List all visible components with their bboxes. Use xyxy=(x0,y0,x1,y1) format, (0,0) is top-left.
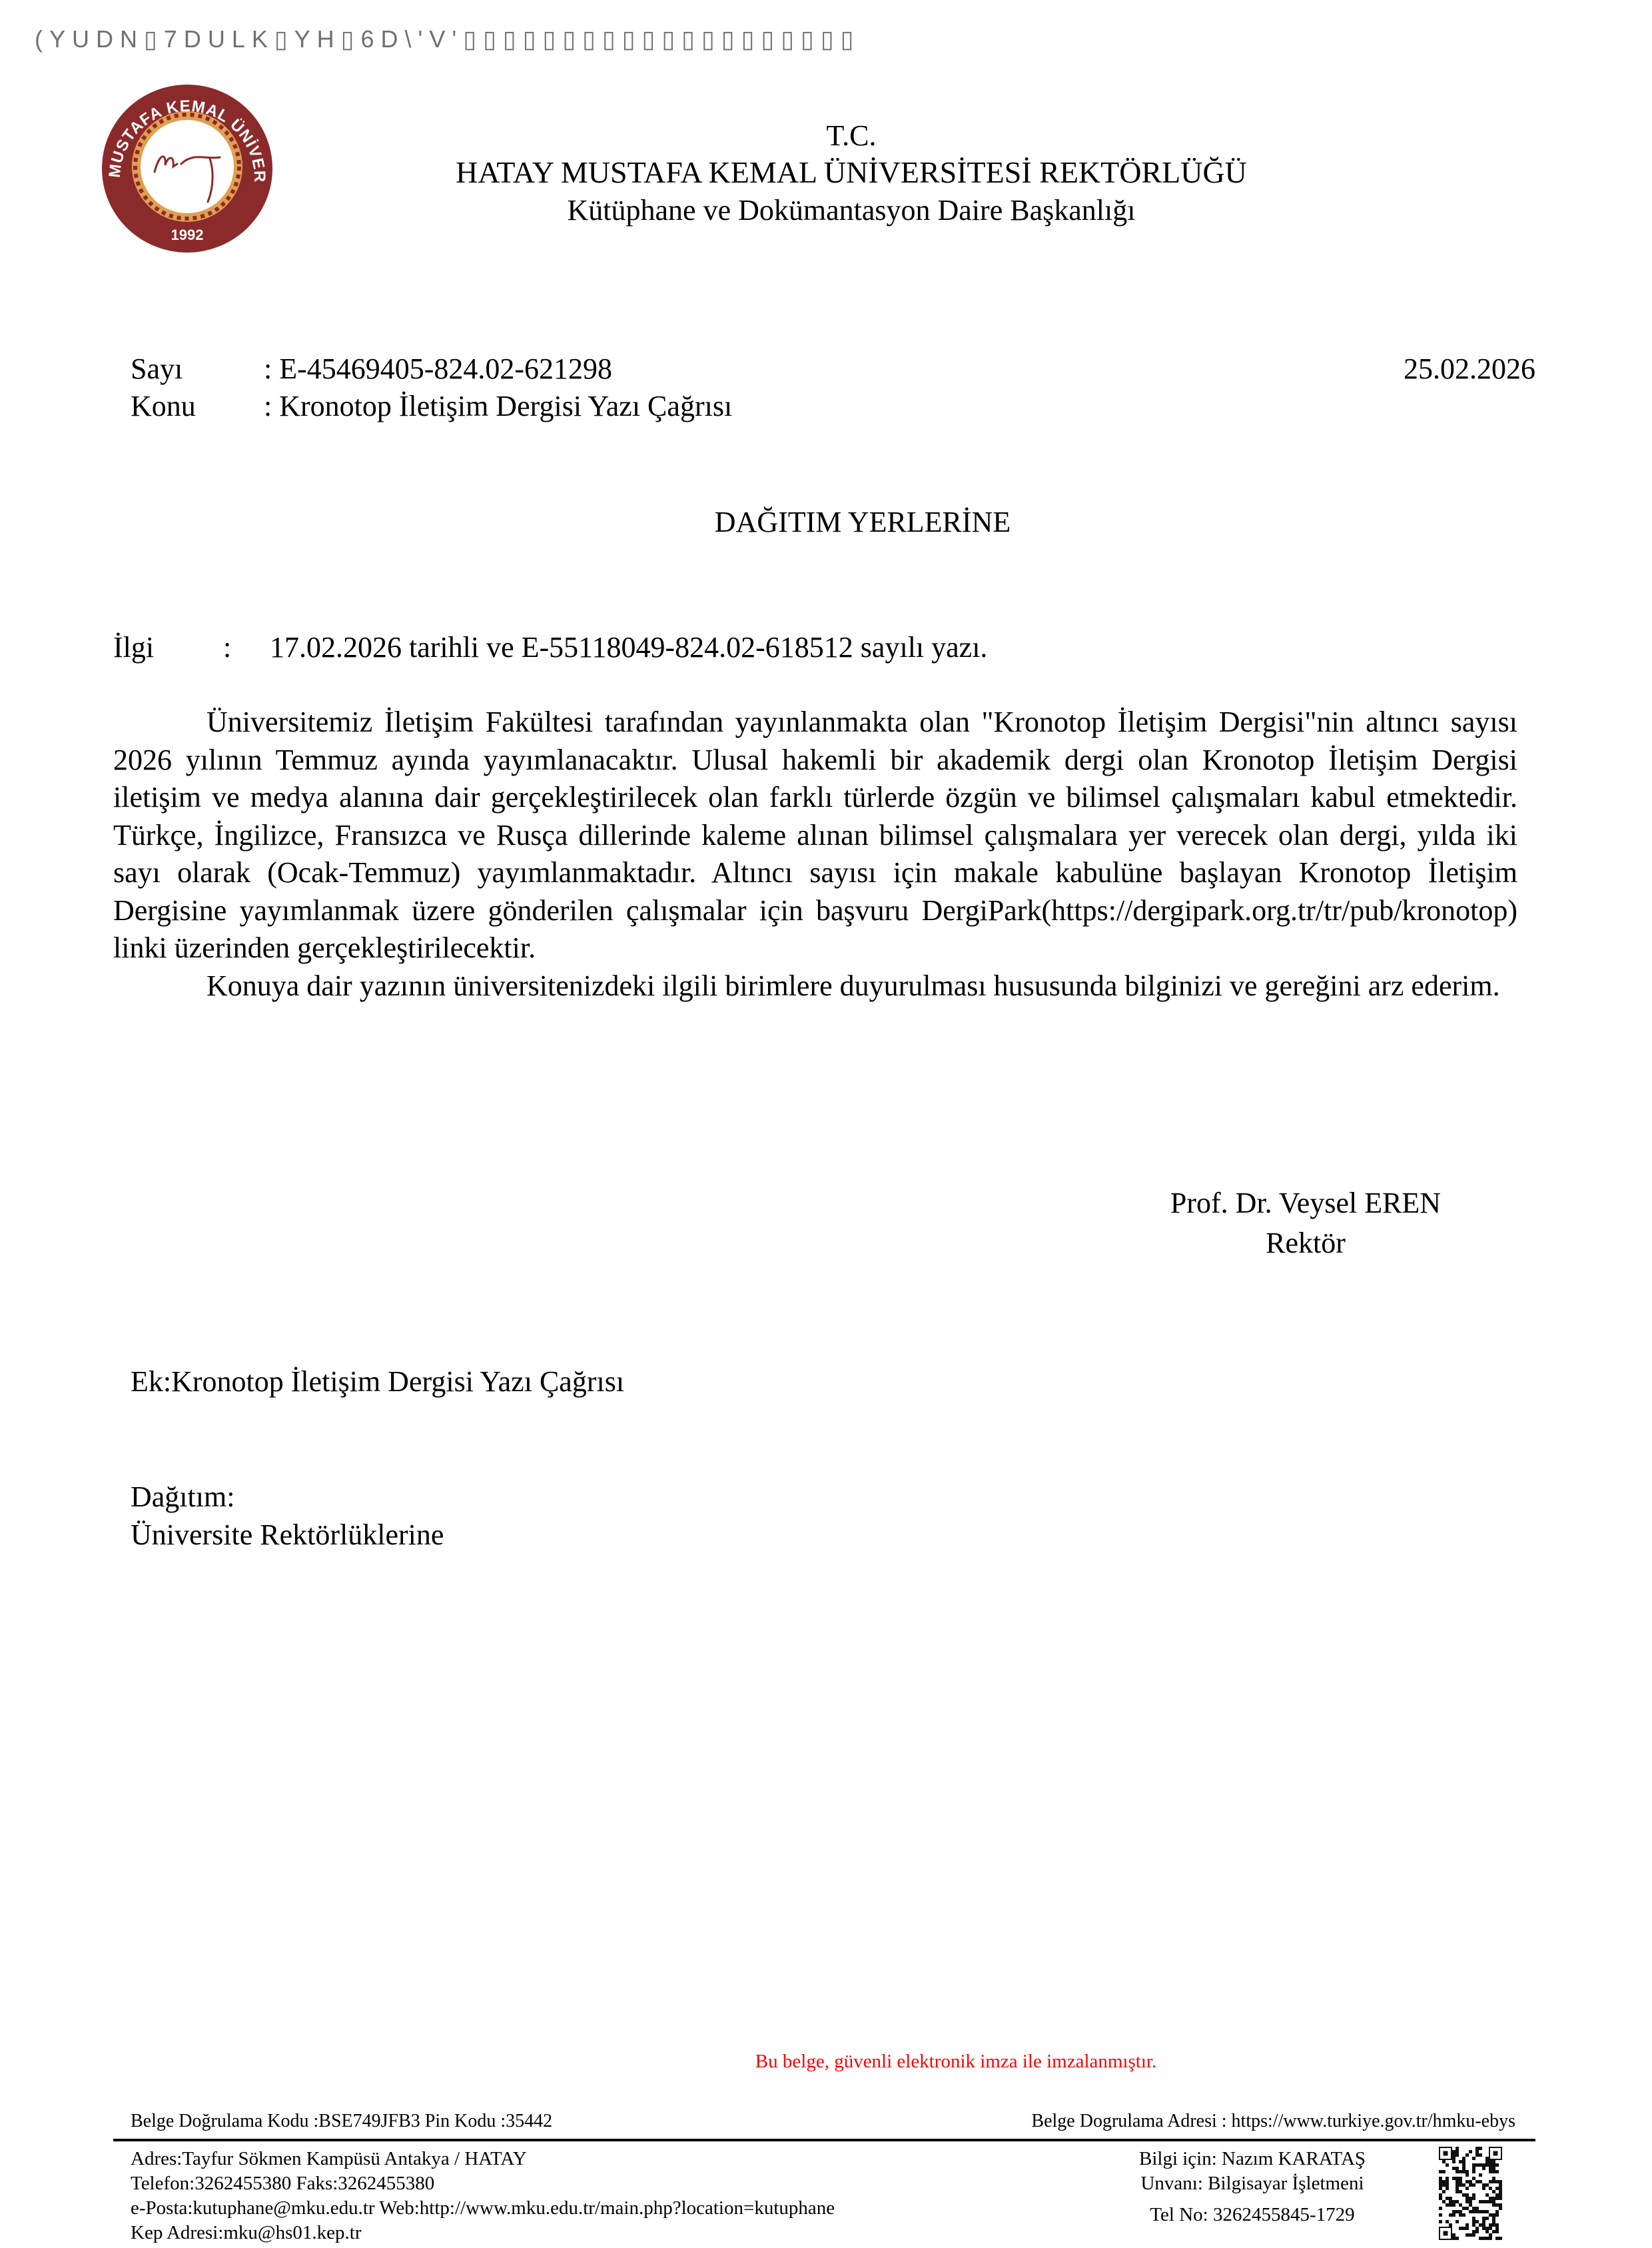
signatory-name: Prof. Dr. Veysel EREN xyxy=(1132,1186,1479,1220)
verification-code: Belge Doğrulama Kodu :BSE749JFB3 Pin Kod… xyxy=(131,2111,552,2132)
reference-row: İlgi:17.02.2026 tarihli ve E-55118049-82… xyxy=(113,630,987,664)
info-title: Unvanı: Bilgisayar İşletmeni xyxy=(1066,2171,1439,2196)
document-date: 25.02.2026 xyxy=(1404,352,1535,386)
footer-info: Bilgi için: Nazım KARATAŞ Unvanı: Bilgis… xyxy=(1066,2147,1439,2227)
verification-address[interactable]: Belge Dogrulama Adresi : https://www.tur… xyxy=(1031,2111,1515,2132)
esignature-notice: Bu belge, güvenli elektronik imza ile im… xyxy=(0,2051,1652,2073)
footer-email-web[interactable]: e-Posta:kutuphane@mku.edu.tr Web:http://… xyxy=(131,2196,835,2221)
konu-row: Konu: Kronotop İletişim Dergisi Yazı Çağ… xyxy=(131,389,732,423)
header-university: HATAY MUSTAFA KEMAL ÜNİVERSİTESİ REKTÖRL… xyxy=(0,155,1652,190)
distribution-item: Üniversite Rektörlüklerine xyxy=(131,1516,444,1554)
sayi-label: Sayı xyxy=(131,352,264,386)
body-paragraph-1: Üniversitemiz İletişim Fakültesi tarafın… xyxy=(113,704,1517,967)
info-tel: Tel No: 3262455845-1729 xyxy=(1066,2203,1439,2227)
header-department: Kütüphane ve Dokümantasyon Daire Başkanl… xyxy=(0,193,1652,227)
reference-colon: : xyxy=(223,630,270,664)
svg-text:1992: 1992 xyxy=(171,227,204,243)
footer-phone-fax: Telefon:3262455380 Faks:3262455380 xyxy=(131,2171,835,2196)
footer-kep: Kep Adresi:mku@hs01.kep.tr xyxy=(131,2221,835,2245)
info-contact: Bilgi için: Nazım KARATAŞ xyxy=(1066,2147,1439,2171)
recipient-title: DAĞITIM YERLERİNE xyxy=(0,505,1652,539)
sayi-value: : E-45469405-824.02-621298 xyxy=(264,352,612,385)
reference-label: İlgi xyxy=(113,630,223,664)
letter-body: Üniversitemiz İletişim Fakültesi tarafın… xyxy=(113,704,1517,1005)
konu-value: : Kronotop İletişim Dergisi Yazı Çağrısı xyxy=(264,390,732,422)
watermark-text: (YUDN▯7DULK▯YH▯6D\'V'▯▯▯▯▯▯▯▯▯▯▯▯▯▯▯▯▯▯▯… xyxy=(35,25,860,53)
attachment-line: Ek:Kronotop İletişim Dergisi Yazı Çağrıs… xyxy=(131,1365,624,1399)
footer-address: Adres:Tayfur Sökmen Kampüsü Antakya / HA… xyxy=(131,2147,835,2171)
body-paragraph-2: Konuya dair yazının üniversitenizdeki il… xyxy=(113,967,1517,1005)
header-tc: T.C. xyxy=(0,119,1652,153)
sayi-row: Sayı: E-45469405-824.02-621298 xyxy=(131,352,612,386)
distribution-label: Dağıtım: xyxy=(131,1478,444,1516)
distribution-block: Dağıtım: Üniversite Rektörlüklerine xyxy=(131,1478,444,1554)
footer-contact: Adres:Tayfur Sökmen Kampüsü Antakya / HA… xyxy=(131,2147,835,2245)
reference-value: 17.02.2026 tarihli ve E-55118049-824.02-… xyxy=(270,631,987,664)
footer-divider xyxy=(113,2139,1535,2141)
qr-code-icon xyxy=(1439,2147,1502,2240)
konu-label: Konu xyxy=(131,389,264,423)
signatory-title: Rektör xyxy=(1132,1226,1479,1260)
